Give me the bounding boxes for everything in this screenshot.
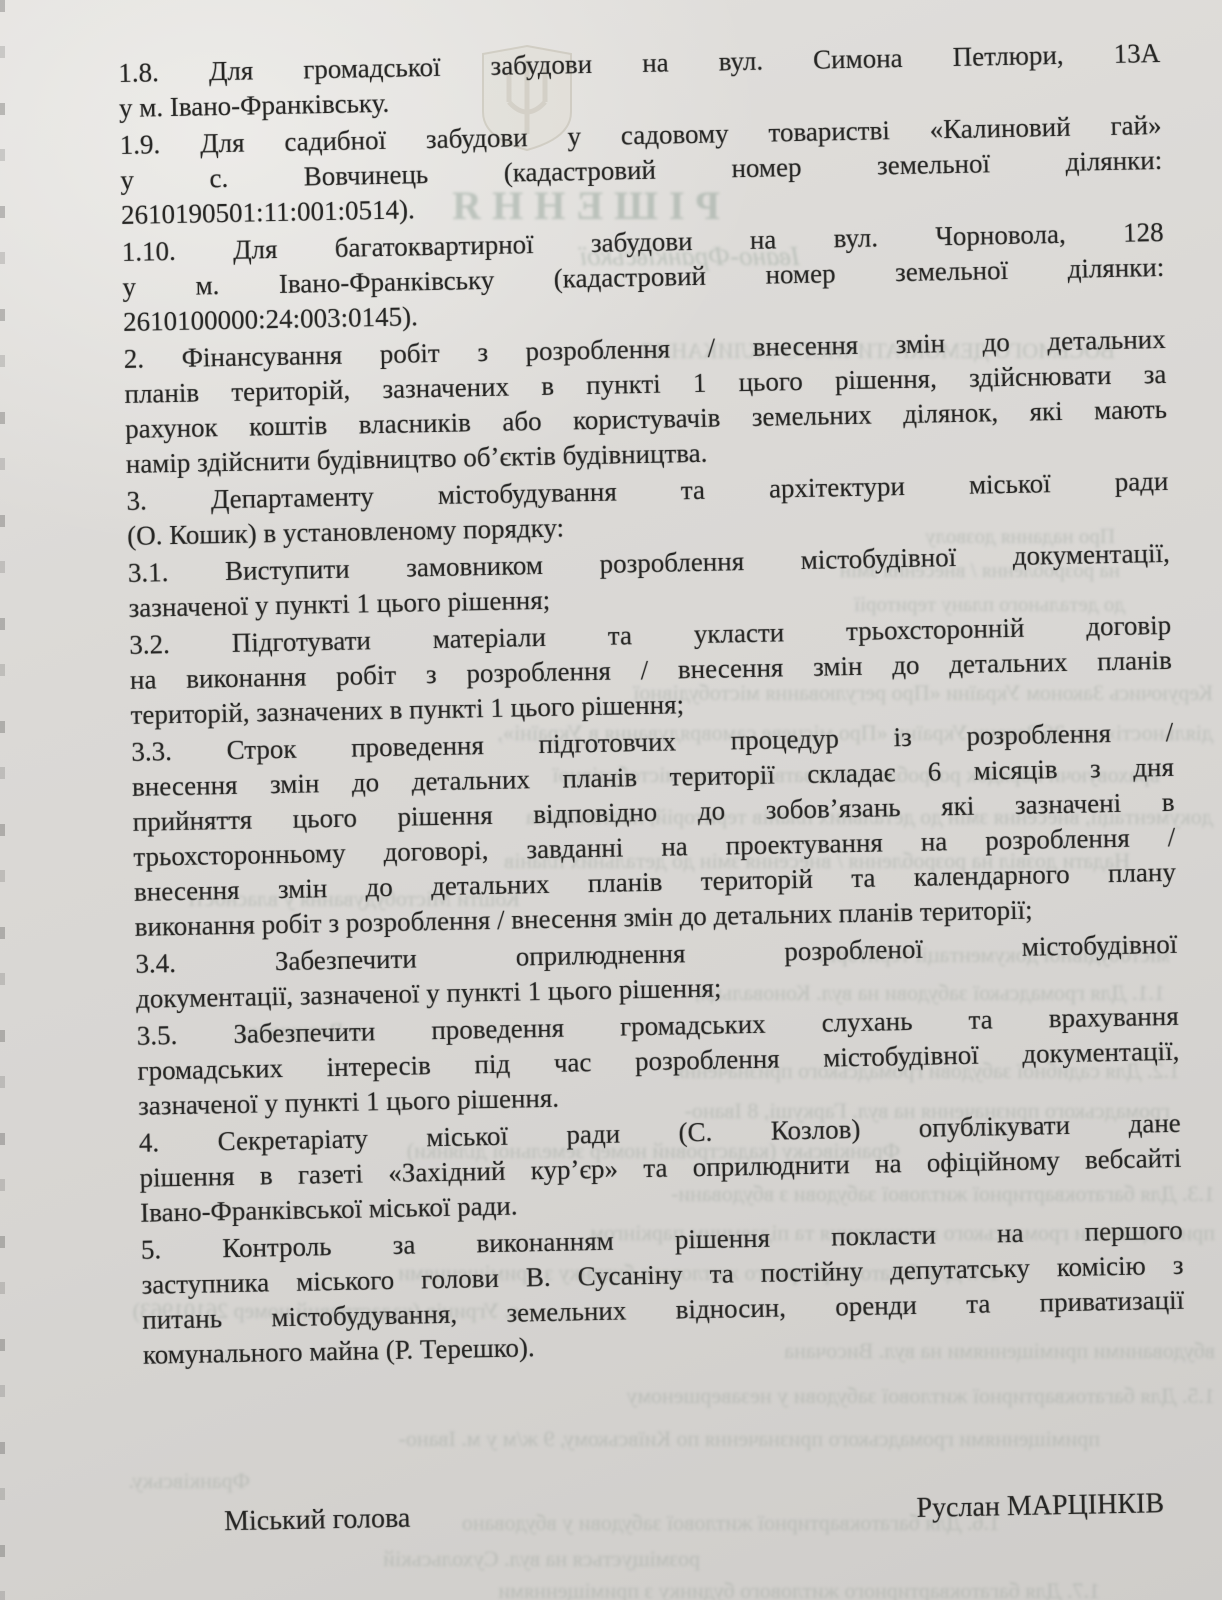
bleedthrough-text: розміщується на вул. Сухольській: [383, 1548, 700, 1570]
paragraph: 3.2. Підготувати матеріали та укласти тр…: [129, 608, 1173, 733]
bleedthrough-text: 1.7. Для багатоквартирного житлового буд…: [498, 1580, 1100, 1600]
paragraph: 3.5. Забезпечити проведення громадських …: [136, 999, 1180, 1124]
signature-title: Міський голова: [224, 1501, 411, 1540]
paragraph: 4. Секретаріату міської ради (С. Козлов)…: [139, 1106, 1183, 1231]
paragraph: 1.10. Для багатоквартирної забудови на в…: [121, 215, 1165, 340]
signature-name: Руслан МАРЦІНКІВ: [916, 1486, 1164, 1526]
paragraph: 3.3. Строк проведення підготовчих процед…: [131, 715, 1177, 945]
document-body: 1.8. Для громадської забудови на вул. Си…: [118, 36, 1188, 1541]
scanned-document-page: РІШЕННЯІвано-ФранківськоїВОСЬМОГО ДЕМОКР…: [0, 0, 1222, 1600]
paragraph: 2. Фінансування робіт з розроблення / вн…: [123, 322, 1167, 482]
paragraph: 5. Контроль за виконанням рішення поклас…: [141, 1213, 1185, 1373]
paragraph: 1.9. Для садибної забудови у садовому то…: [119, 108, 1163, 233]
